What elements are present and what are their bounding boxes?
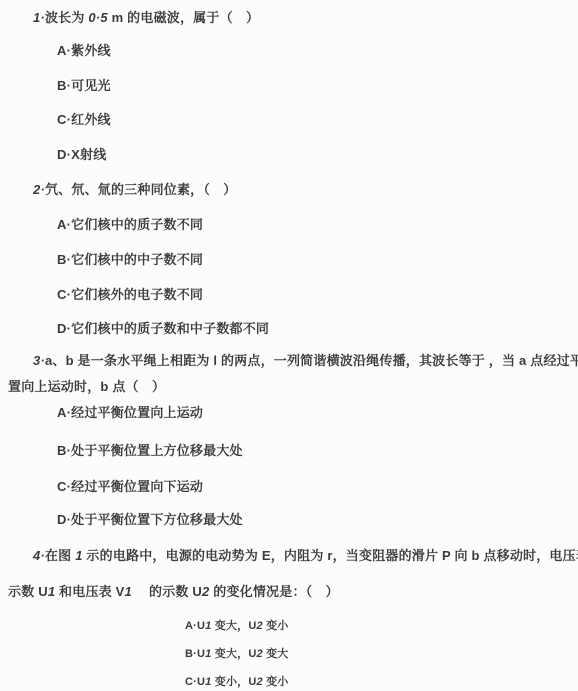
question-3-option-c: C·经过平衡位置向下运动 <box>57 479 203 494</box>
question-4-option-a: A·U1 变大，U2 变小 <box>185 620 288 633</box>
question-1-option-d: D·X射线 <box>57 147 106 162</box>
question-2-option-a: A·它们核中的质子数不同 <box>57 217 203 232</box>
question-1-stem: 1·波长为 0·5 m 的电磁波，属于（ ） <box>33 10 259 25</box>
exam-page: 1·波长为 0·5 m 的电磁波，属于（ ） A·紫外线 B·可见光 C·红外线… <box>0 0 578 691</box>
question-3-option-a: A·经过平衡位置向上运动 <box>57 405 203 420</box>
question-4-option-c: C·U1 变小，U2 变小 <box>185 676 288 689</box>
question-2-option-b: B·它们核中的中子数不同 <box>57 252 203 267</box>
question-3-option-b: B·处于平衡位置上方位移最大处 <box>57 443 243 458</box>
question-1-option-b: B·可见光 <box>57 78 111 93</box>
question-2-option-d: D·它们核中的质子数和中子数都不同 <box>57 321 269 336</box>
question-2-stem: 2·氕、氘、氚的三种同位素，（ ） <box>33 182 236 197</box>
question-4-stem-line-1: 4·在图 1 示的电路中，电源的电动势为 E，内阻为 r，当变阻器的滑片 P 向… <box>33 548 578 563</box>
question-3-option-d: D·处于平衡位置下方位移最大处 <box>57 512 243 527</box>
question-2-option-c: C·它们核外的电子数不同 <box>57 287 203 302</box>
question-4-stem-line-2: 示数 U1 和电压表 V1 的示数 U2 的变化情况是：（ ） <box>8 584 339 599</box>
question-3-stem-line-2: 置向上运动时，b 点（ ） <box>8 379 165 394</box>
question-1-option-c: C·红外线 <box>57 112 111 127</box>
question-3-stem-line-1: 3·a、b 是一条水平绳上相距为 l 的两点，一列简谐横波沿绳传播，其波长等于 … <box>33 353 578 368</box>
question-1-option-a: A·紫外线 <box>57 43 111 58</box>
question-4-option-b: B·U1 变大，U2 变大 <box>185 648 288 661</box>
